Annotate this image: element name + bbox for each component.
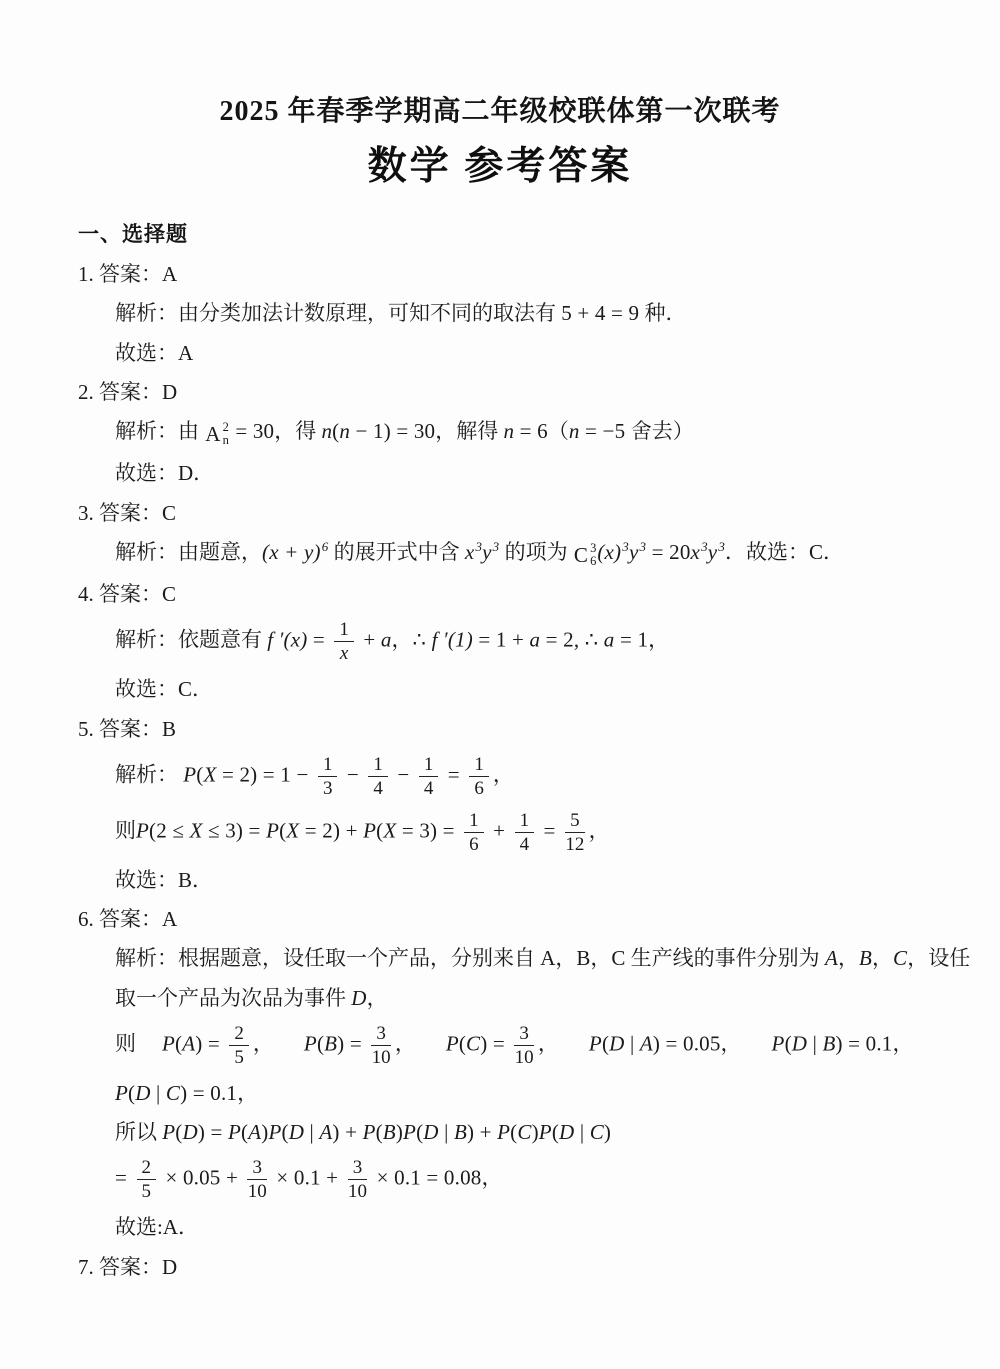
math-run: | (439, 1120, 454, 1144)
text-run: 解析：由题意， (115, 540, 262, 564)
math-var: P (363, 818, 376, 842)
text-run: 取一个产品为次品为事件 (115, 986, 351, 1010)
script-stack: A2n (205, 421, 229, 447)
math-run: = 2) + (299, 818, 363, 842)
math-var: A (640, 1031, 653, 1055)
math-run: ( (785, 1031, 792, 1055)
math-run: = 30 (230, 419, 274, 443)
section-heading-multiple-choice: 一、选择题 (78, 218, 942, 248)
math-run: = (538, 818, 561, 842)
q5-analysis: 解析： P(X = 2) = 1 − 13 − 14 − 14 = 16， (78, 755, 942, 798)
math-var: P (183, 762, 196, 786)
math-run: = 2) = 1 − (217, 762, 314, 786)
math-var: A (319, 1120, 332, 1144)
math-var: X (203, 762, 216, 786)
math-run: ) = 0.1 (180, 1081, 237, 1105)
numerator: 1 (419, 755, 439, 777)
numerator: 1 (515, 811, 535, 833)
math-run: | (625, 1031, 640, 1055)
math-var: D (423, 1120, 438, 1144)
math-run: | (807, 1031, 822, 1055)
text-run: ， (648, 628, 669, 652)
math-base: C (574, 542, 588, 568)
math-var: a (530, 628, 541, 652)
math-var: P (228, 1120, 241, 1144)
denominator: 6 (469, 833, 479, 854)
denominator: 12 (565, 833, 584, 854)
math-var: n (504, 419, 515, 443)
superscript: 3 (701, 539, 708, 554)
fraction: 310 (247, 1158, 267, 1201)
subscript: n (223, 434, 229, 447)
numerator: 2 (137, 1158, 157, 1180)
math-var: P (304, 1031, 317, 1055)
text-run: ， (838, 946, 859, 970)
text-run: 1. 答案：A (78, 262, 177, 286)
q5-choice: 故选：B． (78, 867, 942, 893)
math-var: B (859, 946, 872, 970)
q7-answer: 7. 答案：D (78, 1254, 942, 1280)
text-run: 故选:A． (115, 1215, 199, 1239)
math-run: = 20 (646, 540, 690, 564)
math-var: (x + y)6 (262, 540, 328, 564)
math-run: ( (459, 1031, 466, 1055)
math-var: A (248, 1120, 261, 1144)
q4-analysis: 解析：依题意有 f ′(x) = 1x + a，∴ f ′(1) = 1 + a… (78, 620, 942, 663)
math-run: ) (604, 1120, 611, 1144)
denominator: x (340, 642, 349, 663)
q2-choice: 故选：D． (78, 460, 942, 486)
text-run: 6. 答案：A (78, 907, 177, 931)
math-var: n (321, 419, 332, 443)
math-var: C (590, 1120, 604, 1144)
denominator: 5 (142, 1180, 152, 1201)
q5-answer: 5. 答案：B (78, 716, 942, 742)
numerator: 3 (371, 1024, 391, 1046)
math-run: | (574, 1120, 589, 1144)
math-run: × 0.1 = 0.08 (371, 1166, 481, 1190)
superscript: 3 (622, 539, 629, 554)
text-run: ．故选：C． (725, 540, 844, 564)
math-run: ) = (195, 1031, 225, 1055)
text-run: 解析：由分类加法计数原理，可知不同的取法有 (115, 301, 561, 325)
math-var: y3 (708, 540, 725, 564)
q2-answer: 2. 答案：D (78, 379, 942, 405)
math-run: = 6 (514, 419, 548, 443)
document-header: 2025 年春季学期高二年级校联体第一次联考 数学 参考答案 (58, 96, 942, 191)
q6-probabilities-2: P(D | C) = 0.1， (78, 1080, 942, 1106)
math-var: B (822, 1031, 835, 1055)
math-run: ≤ 3) = (203, 818, 266, 842)
text-run: 的展开式中含 (328, 540, 465, 564)
numerator: 3 (247, 1158, 267, 1180)
q3-answer: 3. 答案：C (78, 500, 942, 526)
math-run: ( (376, 1120, 383, 1144)
exam-title: 2025 年春季学期高二年级校联体第一次联考 (58, 96, 942, 128)
fraction: 14 (515, 811, 535, 854)
math-run: − (341, 762, 364, 786)
math-var: D (289, 1120, 304, 1144)
text-run: 舍去） (631, 419, 694, 443)
q4-answer: 4. 答案：C (78, 581, 942, 607)
math-var: X (383, 818, 396, 842)
math-var: P (162, 1031, 175, 1055)
fraction: 310 (371, 1024, 391, 1067)
math-var: P (446, 1031, 459, 1055)
text-run: 3. 答案：C (78, 501, 176, 525)
fraction: 25 (137, 1158, 157, 1201)
math-var: C (517, 1120, 531, 1144)
denominator: 10 (372, 1046, 391, 1067)
numerator: 2 (229, 1024, 249, 1046)
text-run: ， (392, 628, 413, 652)
q6-analysis-2: 取一个产品为次品为事件 D， (78, 985, 942, 1011)
denominator: 3 (323, 777, 333, 798)
math-var: x3 (691, 540, 708, 564)
numerator: 1 (318, 755, 338, 777)
q1-answer: 1. 答案：A (78, 261, 942, 287)
math-run: = −5 (580, 419, 631, 443)
text-run: 解析： (115, 762, 183, 786)
text-run: 则 (115, 818, 136, 842)
text-run: 故选：D． (115, 461, 214, 485)
fraction: 14 (419, 755, 439, 798)
text-run: ， (538, 1031, 559, 1055)
text-run: 故选：C． (115, 677, 213, 701)
fraction: 1x (334, 620, 354, 663)
math-run: × 0.1 + (271, 1166, 344, 1190)
fraction: 14 (368, 755, 388, 798)
denominator: 6 (474, 777, 484, 798)
q1-analysis: 解析：由分类加法计数原理，可知不同的取法有 5 + 4 = 9 种． (78, 300, 942, 326)
math-var: P (136, 818, 149, 842)
math-run: ( (552, 1120, 559, 1144)
denominator: 10 (248, 1180, 267, 1201)
q2-analysis: 解析：由 A2n = 30，得 n(n − 1) = 30，解得 n = 6（n… (78, 418, 942, 447)
math-var: D (182, 1120, 197, 1144)
text-run: 5. 答案：B (78, 717, 176, 741)
text-run: 的项为 (499, 540, 573, 564)
numerator: 1 (464, 811, 484, 833)
text-run: ，设任 (907, 946, 970, 970)
denominator: 4 (424, 777, 434, 798)
q6-total-probability: 所以 P(D) = P(A)P(D | A) + P(B)P(D | B) + … (78, 1119, 942, 1145)
text-run: ， (481, 1166, 502, 1190)
math-var: P (162, 1120, 175, 1144)
q6-choice: 故选:A． (78, 1214, 942, 1240)
q1-choice: 故选：A (78, 340, 942, 366)
numerator: 3 (514, 1024, 534, 1046)
numerator: 3 (348, 1158, 368, 1180)
math-var: P (115, 1081, 128, 1105)
text-run: ， (589, 818, 610, 842)
math-var: a (604, 628, 615, 652)
text-run: ， (367, 986, 388, 1010)
math-var: X (190, 818, 203, 842)
text-run: 4. 答案：C (78, 582, 176, 606)
math-var: P (497, 1120, 510, 1144)
denominator: 10 (515, 1046, 534, 1067)
math-run: = (307, 628, 330, 652)
math-var: f ′(x) (267, 628, 307, 652)
math-var: P (539, 1120, 552, 1144)
math-run: ) (396, 1120, 403, 1144)
text-run: 故选：B． (115, 868, 213, 892)
q6-analysis-1: 解析：根据题意，设任取一个产品，分别来自 A，B，C 生产线的事件分别为 A，B… (78, 945, 942, 971)
math-run: ) + (332, 1120, 362, 1144)
text-run: ， (395, 1031, 416, 1055)
math-var: P (268, 1120, 281, 1144)
math-run: 5 + 4 = 9 (561, 301, 639, 325)
text-run: 故选：A (115, 341, 193, 365)
math-var: n (339, 419, 350, 443)
math-run: = 1 + (473, 628, 530, 652)
text-run: 种． (639, 301, 686, 325)
math-run: − (392, 762, 415, 786)
fraction: 16 (464, 811, 484, 854)
text-run: 7. 答案：D (78, 1255, 177, 1279)
math-var: X (286, 818, 299, 842)
math-var: y3 (482, 540, 499, 564)
q6-answer: 6. 答案：A (78, 906, 942, 932)
text-run: 所以 (115, 1120, 162, 1144)
math-var: P (266, 818, 279, 842)
math-run: ) (532, 1120, 539, 1144)
math-run: ) + (467, 1120, 497, 1144)
math-var: x3 (465, 540, 482, 564)
math-var: D (559, 1120, 574, 1144)
math-var: C (466, 1031, 480, 1055)
text-run: ，解得 (435, 419, 503, 443)
fraction: 310 (348, 1158, 368, 1201)
math-run: ) = (337, 1031, 367, 1055)
q3-analysis: 解析：由题意，(x + y)6 的展开式中含 x3y3 的项为 C36(x)3y… (78, 539, 942, 568)
text-run: 则 (115, 1031, 136, 1055)
text-run: ， (493, 762, 514, 786)
text-run: 解析：根据题意，设任取一个产品，分别来自 A，B，C 生产线的事件分别为 (115, 946, 825, 970)
math-var: f ′(1) (432, 628, 473, 652)
denominator: 5 (234, 1046, 244, 1067)
math-run: × 0.05 + (160, 1166, 243, 1190)
denominator: 4 (520, 833, 530, 854)
math-run: = 1 (615, 628, 649, 652)
math-var: C (166, 1081, 180, 1105)
denominator: 10 (348, 1180, 367, 1201)
math-var: P (589, 1031, 602, 1055)
math-var: B (454, 1120, 467, 1144)
math-var: B (383, 1120, 396, 1144)
math-var: a (381, 628, 392, 652)
math-var: n (569, 419, 580, 443)
superscript: 3 (718, 539, 725, 554)
denominator: 4 (373, 777, 383, 798)
math-run: (2 ≤ (149, 818, 190, 842)
math-var: A (825, 946, 838, 970)
math-run: ∴ (413, 628, 432, 652)
math-run: ) = (480, 1031, 510, 1055)
text-run: ， (893, 1031, 914, 1055)
text-run: 解析：由 (115, 419, 204, 443)
q4-choice: 故选：C． (78, 676, 942, 702)
math-run: = 2, ∴ (540, 628, 604, 652)
subscript: 6 (590, 555, 596, 568)
script-stack: C36 (574, 542, 596, 568)
fraction: 310 (514, 1024, 534, 1067)
math-var: D (609, 1031, 624, 1055)
text-run: ， (721, 1031, 742, 1055)
numerator: 5 (565, 811, 585, 833)
math-run: ) = (198, 1120, 228, 1144)
text-run: ， (253, 1031, 274, 1055)
fraction: 16 (469, 755, 489, 798)
answers-list: 1. 答案：A解析：由分类加法计数原理，可知不同的取法有 5 + 4 = 9 种… (78, 261, 942, 1280)
math-var: P (363, 1120, 376, 1144)
text-run: ， (872, 946, 893, 970)
math-run: | (151, 1081, 166, 1105)
numerator: 1 (368, 755, 388, 777)
math-run: | (304, 1120, 319, 1144)
math-base: A (205, 421, 220, 447)
math-var: B (324, 1031, 337, 1055)
math-run: + (488, 818, 511, 842)
text-run: 2. 答案：D (78, 380, 177, 404)
sup-sub-column: 36 (590, 542, 596, 568)
fraction: 25 (229, 1024, 249, 1067)
math-var: C (893, 946, 907, 970)
math-run: ) = 0.05 (653, 1031, 721, 1055)
math-var: y3 (629, 540, 646, 564)
math-var: A (182, 1031, 195, 1055)
answer-sheet-page: 2025 年春季学期高二年级校联体第一次联考 数学 参考答案 一、选择题 1. … (0, 0, 1000, 1369)
math-run: ( (282, 1120, 289, 1144)
text-run: ， (237, 1081, 258, 1105)
math-var: (x)3 (597, 540, 629, 564)
math-var: P (403, 1120, 416, 1144)
q6-probabilities: 则P(A) = 25，P(B) = 310，P(C) = 310，P(D | A… (78, 1024, 942, 1067)
math-run: = (115, 1166, 133, 1190)
text-run: 解析：依题意有 (115, 628, 267, 652)
fraction: 13 (318, 755, 338, 798)
math-var: P (772, 1031, 785, 1055)
math-run: − 1) = 30 (350, 419, 435, 443)
numerator: 1 (334, 620, 354, 642)
text-run: ，得 (274, 419, 321, 443)
math-var: D (135, 1081, 150, 1105)
math-var: D (792, 1031, 807, 1055)
numerator: 1 (469, 755, 489, 777)
text-run: （ (548, 419, 569, 443)
math-run: = 3) = (396, 818, 460, 842)
sup-sub-column: 2n (223, 421, 229, 447)
fraction: 512 (565, 811, 585, 854)
math-run: ) = 0.1 (836, 1031, 893, 1055)
q6-calculation: = 25 × 0.05 + 310 × 0.1 + 310 × 0.1 = 0.… (78, 1158, 942, 1201)
answers-title: 数学 参考答案 (58, 135, 942, 191)
q5-step: 则P(2 ≤ X ≤ 3) = P(X = 2) + P(X = 3) = 16… (78, 811, 942, 854)
math-run: + (358, 628, 381, 652)
math-var: D (351, 986, 366, 1010)
math-run: = (442, 762, 465, 786)
